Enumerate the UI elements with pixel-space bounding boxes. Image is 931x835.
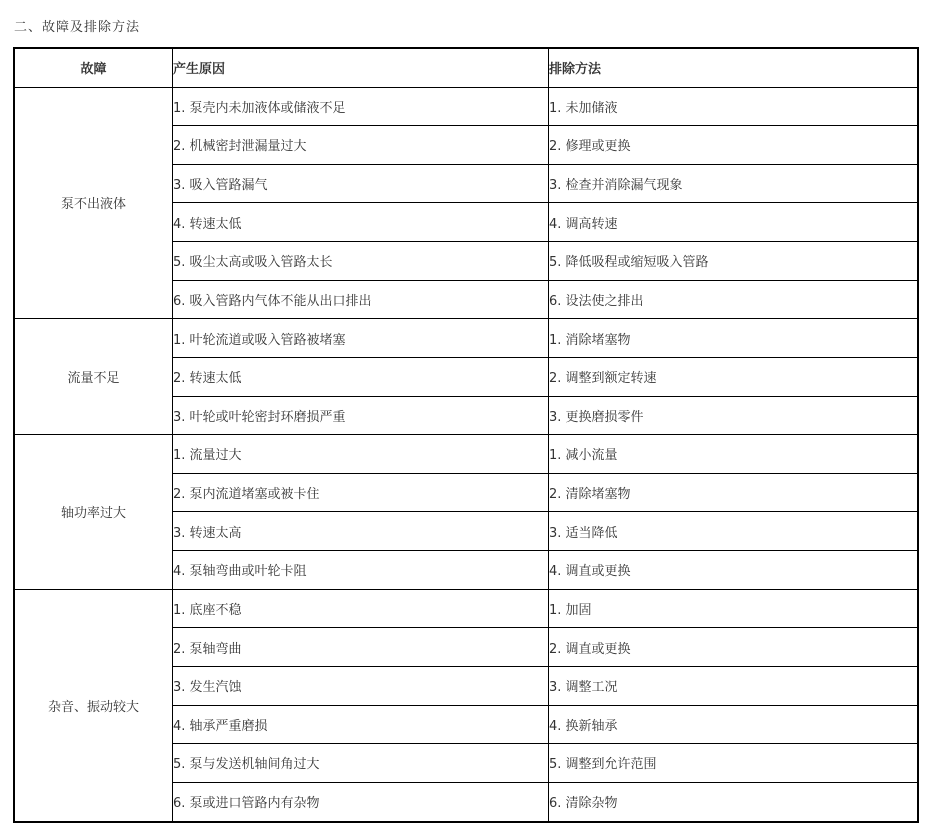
- cause-cell: 2. 泵内流道堵塞或被卡住: [173, 473, 549, 512]
- remedy-cell: 3. 更换磨损零件: [549, 396, 919, 435]
- remedy-cell: 5. 降低吸程或缩短吸入管路: [549, 242, 919, 281]
- remedy-cell: 6. 设法使之排出: [549, 280, 919, 319]
- table-row: 流量不足 1. 叶轮流道或吸入管路被堵塞 1. 消除堵塞物: [14, 319, 918, 358]
- cause-cell: 5. 泵与发送机轴间角过大: [173, 744, 549, 783]
- header-fault: 故障: [14, 48, 173, 87]
- remedy-cell: 1. 未加储液: [549, 87, 919, 126]
- cause-cell: 3. 转速太高: [173, 512, 549, 551]
- cause-cell: 3. 发生汽蚀: [173, 666, 549, 705]
- cause-cell: 4. 转速太低: [173, 203, 549, 242]
- table-row: 杂音、振动较大 1. 底座不稳 1. 加固: [14, 589, 918, 628]
- header-remedy: 排除方法: [549, 48, 919, 87]
- remedy-cell: 3. 调整工况: [549, 666, 919, 705]
- remedy-cell: 1. 加固: [549, 589, 919, 628]
- page-title: 二、故障及排除方法: [14, 16, 140, 35]
- cause-cell: 2. 泵轴弯曲: [173, 628, 549, 667]
- table-header-row: 故障 产生原因 排除方法: [14, 48, 918, 87]
- remedy-cell: 3. 适当降低: [549, 512, 919, 551]
- cause-cell: 4. 泵轴弯曲或叶轮卡阻: [173, 551, 549, 590]
- cause-cell: 2. 转速太低: [173, 357, 549, 396]
- remedy-cell: 1. 减小流量: [549, 435, 919, 474]
- cause-cell: 3. 吸入管路漏气: [173, 164, 549, 203]
- table-row: 泵不出液体 1. 泵壳内未加液体或储液不足 1. 未加储液: [14, 87, 918, 126]
- cause-cell: 1. 泵壳内未加液体或储液不足: [173, 87, 549, 126]
- cause-cell: 1. 底座不稳: [173, 589, 549, 628]
- fault-cell: 杂音、振动较大: [14, 589, 173, 822]
- remedy-cell: 3. 检查并消除漏气现象: [549, 164, 919, 203]
- cause-cell: 4. 轴承严重磨损: [173, 705, 549, 744]
- cause-cell: 1. 流量过大: [173, 435, 549, 474]
- remedy-cell: 2. 修理或更换: [549, 126, 919, 165]
- cause-cell: 6. 吸入管路内气体不能从出口排出: [173, 280, 549, 319]
- remedy-cell: 2. 调直或更换: [549, 628, 919, 667]
- remedy-cell: 2. 调整到额定转速: [549, 357, 919, 396]
- cause-cell: 3. 叶轮或叶轮密封环磨损严重: [173, 396, 549, 435]
- remedy-cell: 6. 清除杂物: [549, 782, 919, 822]
- remedy-cell: 5. 调整到允许范围: [549, 744, 919, 783]
- cause-cell: 1. 叶轮流道或吸入管路被堵塞: [173, 319, 549, 358]
- table-row: 轴功率过大 1. 流量过大 1. 减小流量: [14, 435, 918, 474]
- remedy-cell: 4. 调直或更换: [549, 551, 919, 590]
- cause-cell: 6. 泵或进口管路内有杂物: [173, 782, 549, 822]
- cause-cell: 2. 机械密封泄漏量过大: [173, 126, 549, 165]
- fault-cell: 流量不足: [14, 319, 173, 435]
- remedy-cell: 4. 换新轴承: [549, 705, 919, 744]
- remedy-cell: 1. 消除堵塞物: [549, 319, 919, 358]
- fault-cell: 泵不出液体: [14, 87, 173, 319]
- remedy-cell: 2. 清除堵塞物: [549, 473, 919, 512]
- troubleshooting-table: 故障 产生原因 排除方法 泵不出液体 1. 泵壳内未加液体或储液不足 1. 未加…: [13, 47, 919, 823]
- header-cause: 产生原因: [173, 48, 549, 87]
- cause-cell: 5. 吸尘太高或吸入管路太长: [173, 242, 549, 281]
- fault-cell: 轴功率过大: [14, 435, 173, 590]
- remedy-cell: 4. 调高转速: [549, 203, 919, 242]
